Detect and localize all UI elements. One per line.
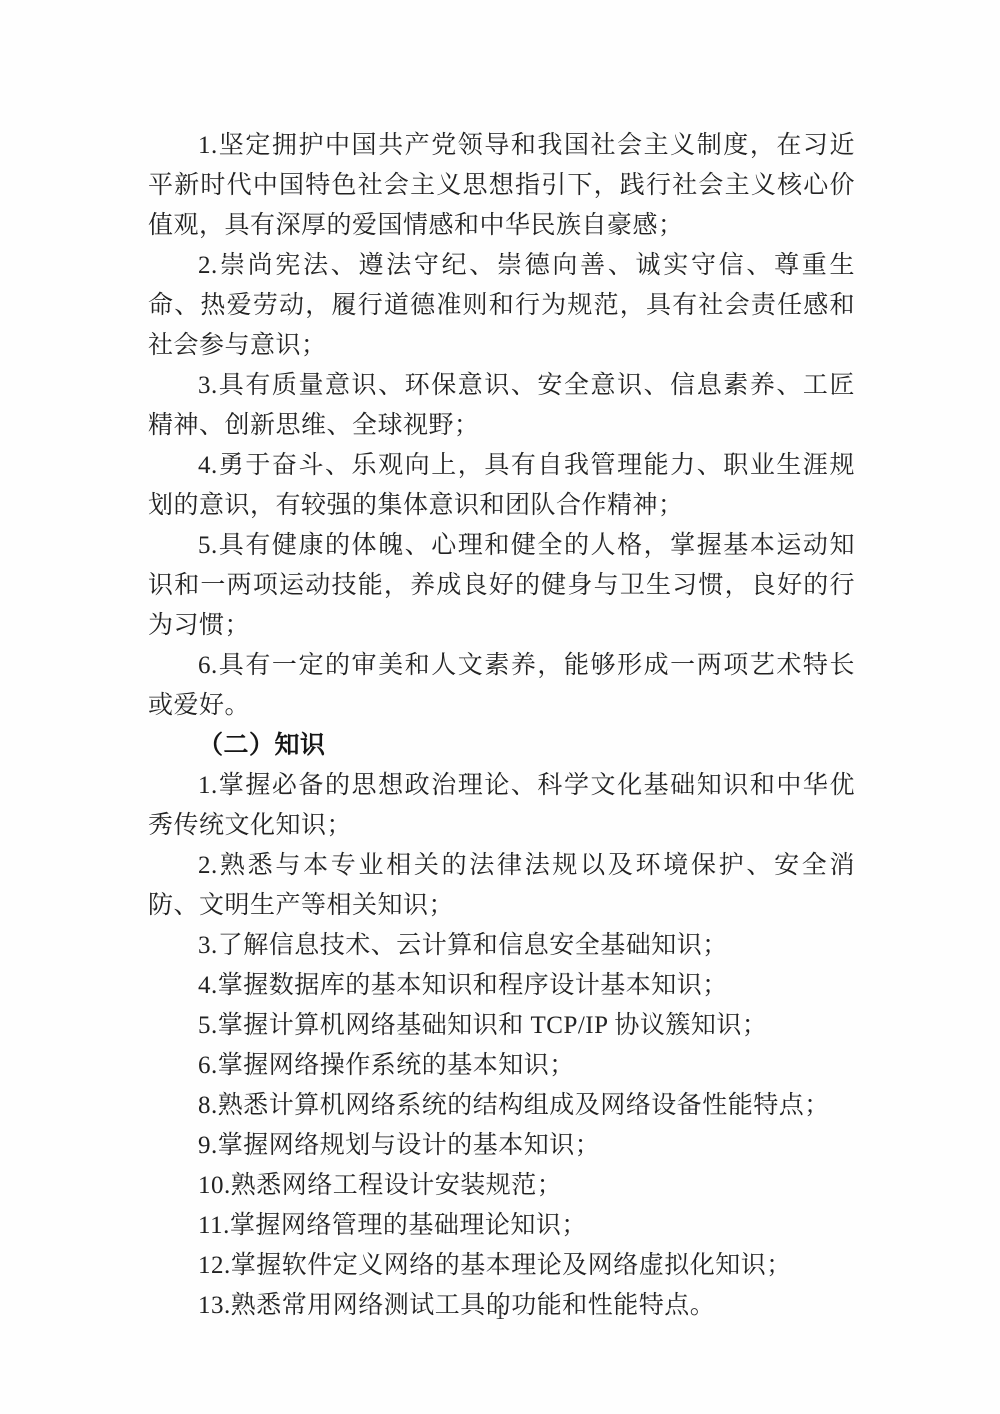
paragraph: 6.具有一定的审美和人文素养，能够形成一两项艺术特长或爱好。 [148, 646, 855, 726]
page-footer: 1 [0, 1300, 1000, 1325]
paragraph: 11.掌握网络管理的基础理论知识； [148, 1206, 855, 1246]
paragraph: 9.掌握网络规划与设计的基本知识； [148, 1126, 855, 1166]
paragraph: 12.掌握软件定义网络的基本理论及网络虚拟化知识； [148, 1246, 855, 1286]
page-number: 1 [495, 1300, 506, 1324]
paragraph: 1.坚定拥护中国共产党领导和我国社会主义制度，在习近平新时代中国特色社会主义思想… [148, 126, 855, 246]
paragraph: 3.具有质量意识、环保意识、安全意识、信息素养、工匠精神、创新思维、全球视野； [148, 366, 855, 446]
paragraph: 6.掌握网络操作系统的基本知识； [148, 1046, 855, 1086]
document-page: 1.坚定拥护中国共产党领导和我国社会主义制度，在习近平新时代中国特色社会主义思想… [0, 0, 1000, 1414]
paragraph: 4.勇于奋斗、乐观向上，具有自我管理能力、职业生涯规划的意识，有较强的集体意识和… [148, 446, 855, 526]
paragraph: 8.熟悉计算机网络系统的结构组成及网络设备性能特点； [148, 1086, 855, 1126]
paragraph: 2.崇尚宪法、遵法守纪、崇德向善、诚实守信、尊重生命、热爱劳动，履行道德准则和行… [148, 246, 855, 366]
paragraph: 2.熟悉与本专业相关的法律法规以及环境保护、安全消防、文明生产等相关知识； [148, 846, 855, 926]
paragraph: 4.掌握数据库的基本知识和程序设计基本知识； [148, 966, 855, 1006]
paragraph: 5.掌握计算机网络基础知识和 TCP/IP 协议簇知识； [148, 1006, 855, 1046]
paragraph: 10.熟悉网络工程设计安装规范； [148, 1166, 855, 1206]
paragraph: 5.具有健康的体魄、心理和健全的人格，掌握基本运动知识和一两项运动技能，养成良好… [148, 526, 855, 646]
document-body: 1.坚定拥护中国共产党领导和我国社会主义制度，在习近平新时代中国特色社会主义思想… [148, 126, 855, 1326]
section-heading: （二）知识 [148, 726, 855, 766]
paragraph: 1.掌握必备的思想政治理论、科学文化基础知识和中华优秀传统文化知识； [148, 766, 855, 846]
paragraph: 3.了解信息技术、云计算和信息安全基础知识； [148, 926, 855, 966]
